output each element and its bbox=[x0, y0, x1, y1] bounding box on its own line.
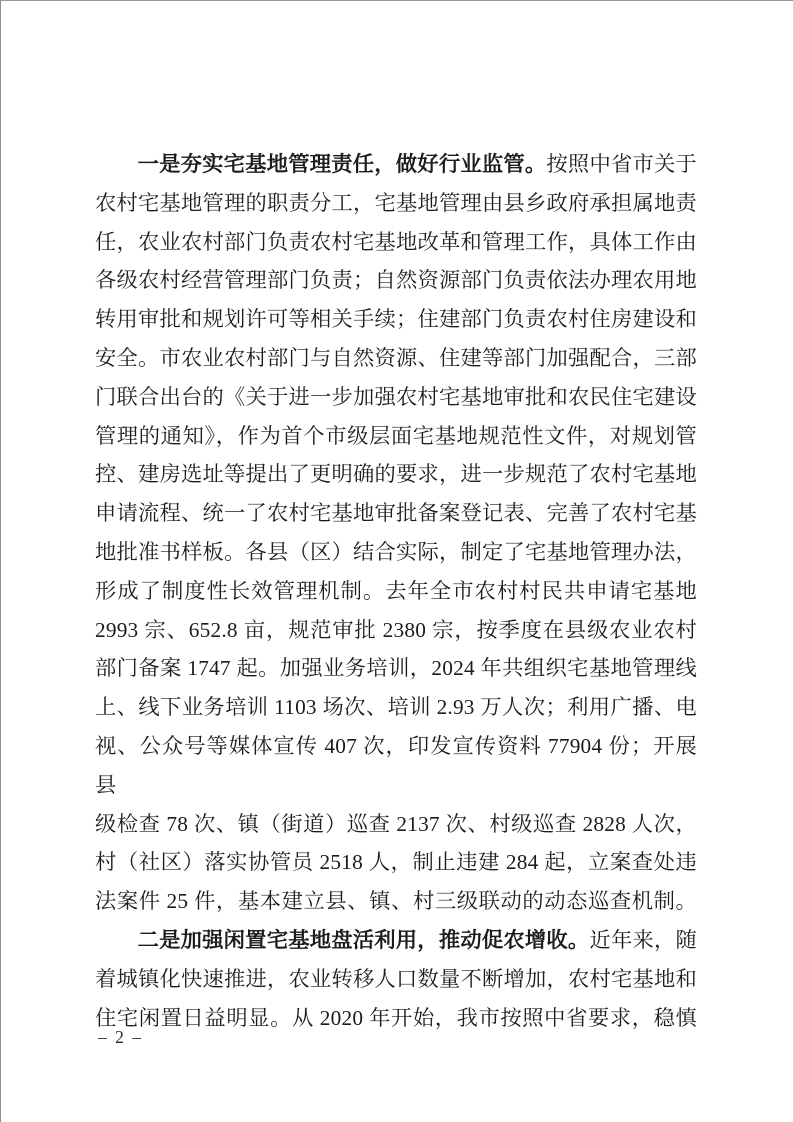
text-line: 申请流程、统一了农村宅基地审批备案登记表、完善了农村宅基 bbox=[95, 494, 697, 533]
paragraph-lead-bold: 二是加强闲置宅基地盘活利用，推动促农增收。 bbox=[138, 928, 590, 952]
text-line: 2993 宗、652.8 亩，规范审批 2380 宗，按季度在县级农业农村 bbox=[95, 611, 697, 650]
text-line: 二是加强闲置宅基地盘活利用，推动促农增收。近年来，随 bbox=[95, 921, 697, 960]
paragraph-text: 视、公众号等媒体宣传 407 次，印发宣传资料 77904 份；开展县 bbox=[95, 734, 697, 797]
text-line: 形成了制度性长效管理机制。去年全市农村村民共申请宅基地 bbox=[95, 572, 697, 611]
text-line: 安全。市农业农村部门与自然资源、住建等部门加强配合，三部 bbox=[95, 339, 697, 378]
text-line: 级检查 78 次、镇（街道）巡查 2137 次、村级巡查 2828 人次， bbox=[95, 805, 697, 844]
paragraph-text: 上、线下业务培训 1103 场次、培训 2.93 万人次；利用广播、电 bbox=[95, 695, 697, 719]
text-line: 上、线下业务培训 1103 场次、培训 2.93 万人次；利用广播、电 bbox=[95, 688, 697, 727]
text-line: 各级农村经营管理部门负责；自然资源部门负责依法办理农用地 bbox=[95, 261, 697, 300]
paragraph-text: 控、建房选址等提出了更明确的要求，进一步规范了农村宅基地 bbox=[95, 462, 697, 486]
paragraph-text: 转用审批和规划许可等相关手续；住建部门负责农村住房建设和 bbox=[95, 307, 697, 331]
paragraph-text: 按照中省市关于 bbox=[546, 152, 697, 176]
paragraph-text: 任，农业农村部门负责农村宅基地改革和管理工作，具体工作由 bbox=[95, 230, 697, 254]
text-line: 视、公众号等媒体宣传 407 次，印发宣传资料 77904 份；开展县 bbox=[95, 727, 697, 805]
paragraph-lead-bold: 一是夯实宅基地管理责任，做好行业监管。 bbox=[138, 152, 547, 176]
text-line: 管理的通知》，作为首个市级层面宅基地规范性文件，对规划管 bbox=[95, 417, 697, 456]
text-line: 控、建房选址等提出了更明确的要求，进一步规范了农村宅基地 bbox=[95, 455, 697, 494]
text-line: 一是夯实宅基地管理责任，做好行业监管。按照中省市关于 bbox=[95, 145, 697, 184]
paragraph-text: 农村宅基地管理的职责分工，宅基地管理由县乡政府承担属地责 bbox=[95, 191, 697, 215]
paragraph-text: 近年来，随 bbox=[589, 928, 697, 952]
text-line: 地批准书样板。各县（区）结合实际，制定了宅基地管理办法， bbox=[95, 533, 697, 572]
paragraph-text: 2993 宗、652.8 亩，规范审批 2380 宗，按季度在县级农业农村 bbox=[95, 618, 697, 642]
document-page: 一是夯实宅基地管理责任，做好行业监管。按照中省市关于农村宅基地管理的职责分工，宅… bbox=[0, 0, 793, 1122]
text-line: 门联合出台的《关于进一步加强农村宅基地审批和农民住宅建设 bbox=[95, 378, 697, 417]
page-number: – 2 – bbox=[98, 1027, 143, 1048]
text-line: 转用审批和规划许可等相关手续；住建部门负责农村住房建设和 bbox=[95, 300, 697, 339]
paragraph-text: 着城镇化快速推进，农业转移人口数量不断增加，农村宅基地和 bbox=[95, 967, 697, 991]
paragraph-text: 部门备案 1747 起。加强业务培训，2024 年共组织宅基地管理线 bbox=[95, 656, 697, 680]
paragraph-text: 村（社区）落实协管员 2518 人，制止违建 284 起，立案查处违 bbox=[95, 850, 697, 874]
text-line: 住宅闲置日益明显。从 2020 年开始，我市按照中省要求，稳慎 bbox=[95, 999, 697, 1038]
paragraph-text: 级检查 78 次、镇（街道）巡查 2137 次、村级巡查 2828 人次， bbox=[95, 812, 697, 836]
text-line: 农村宅基地管理的职责分工，宅基地管理由县乡政府承担属地责 bbox=[95, 184, 697, 223]
paragraph-text: 法案件 25 件，基本建立县、镇、村三级联动的动态巡查机制。 bbox=[95, 889, 697, 913]
text-line: 村（社区）落实协管员 2518 人，制止违建 284 起，立案查处违 bbox=[95, 843, 697, 882]
paragraph-text: 门联合出台的《关于进一步加强农村宅基地审批和农民住宅建设 bbox=[95, 385, 697, 409]
paragraph-text: 各级农村经营管理部门负责；自然资源部门负责依法办理农用地 bbox=[95, 268, 697, 292]
text-line: 法案件 25 件，基本建立县、镇、村三级联动的动态巡查机制。 bbox=[95, 882, 697, 921]
document-body: 一是夯实宅基地管理责任，做好行业监管。按照中省市关于农村宅基地管理的职责分工，宅… bbox=[95, 145, 697, 1037]
paragraph-text: 住宅闲置日益明显。从 2020 年开始，我市按照中省要求，稳慎 bbox=[95, 1006, 697, 1030]
paragraph-text: 管理的通知》，作为首个市级层面宅基地规范性文件，对规划管 bbox=[95, 424, 697, 448]
paragraph-text: 安全。市农业农村部门与自然资源、住建等部门加强配合，三部 bbox=[95, 346, 697, 370]
paragraph-text: 形成了制度性长效管理机制。去年全市农村村民共申请宅基地 bbox=[95, 579, 697, 603]
text-line: 任，农业农村部门负责农村宅基地改革和管理工作，具体工作由 bbox=[95, 223, 697, 262]
text-line: 部门备案 1747 起。加强业务培训，2024 年共组织宅基地管理线 bbox=[95, 649, 697, 688]
paragraph-text: 申请流程、统一了农村宅基地审批备案登记表、完善了农村宅基 bbox=[95, 501, 697, 525]
text-line: 着城镇化快速推进，农业转移人口数量不断增加，农村宅基地和 bbox=[95, 960, 697, 999]
paragraph-text: 地批准书样板。各县（区）结合实际，制定了宅基地管理办法， bbox=[95, 540, 697, 564]
